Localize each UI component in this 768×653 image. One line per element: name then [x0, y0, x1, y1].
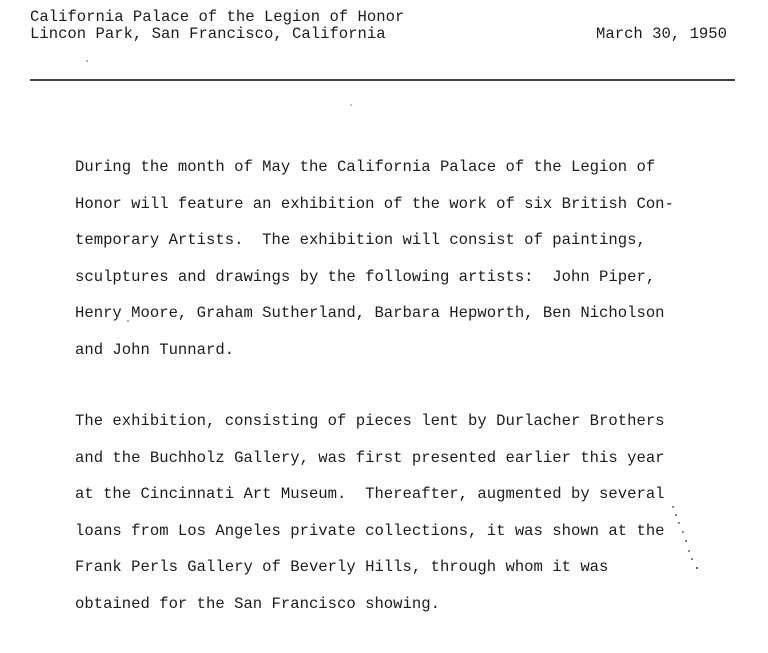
- text-line: Honor will feature an exhibition of the …: [75, 196, 674, 233]
- letterhead-institution: California Palace of the Legion of Honor: [30, 9, 404, 26]
- text-line: and the Buchholz Gallery, was first pres…: [75, 450, 665, 487]
- document-date: March 30, 1950: [596, 26, 727, 43]
- text-line: Frank Perls Gallery of Beverly Hills, th…: [75, 559, 665, 596]
- header-divider: [30, 79, 735, 81]
- paragraph-1: During the month of May the California P…: [75, 159, 674, 379]
- text-line: and John Tunnard.: [75, 342, 674, 379]
- text-line: The exhibition, consisting of pieces len…: [75, 413, 665, 450]
- text-line: loans from Los Angeles private collectio…: [75, 523, 665, 560]
- text-line: temporary Artists. The exhibition will c…: [75, 232, 674, 269]
- text-line: sculptures and drawings by the following…: [75, 269, 674, 306]
- text-line: During the month of May the California P…: [75, 159, 674, 196]
- text-line: Henry Moore, Graham Sutherland, Barbara …: [75, 305, 674, 342]
- letterhead-address: Lincon Park, San Francisco, California: [30, 26, 386, 43]
- typewritten-press-release: California Palace of the Legion of Honor…: [0, 0, 768, 653]
- paragraph-2: The exhibition, consisting of pieces len…: [75, 413, 665, 633]
- text-line: obtained for the San Francisco showing.: [75, 596, 665, 633]
- text-line: at the Cincinnati Art Museum. Thereafter…: [75, 486, 665, 523]
